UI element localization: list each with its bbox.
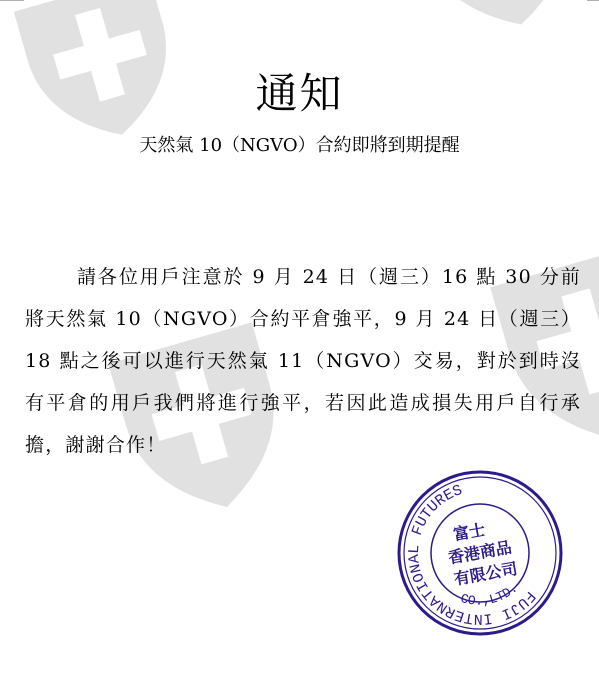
document-subtitle: 天然氣 10（NGVO）合約即將到期提醒 [0, 133, 599, 159]
page-corner-mark-left [0, 0, 24, 1]
document-title: 通知 [0, 66, 599, 122]
shield-cross-icon [412, 0, 582, 30]
page-corner-mark-right [587, 0, 599, 1]
seal-center-line-1: 富士 [452, 520, 487, 544]
company-seal: FUJI INTERNATIONAL FUTURES CO.,LTD. 富士 香… [397, 470, 563, 636]
notice-body: 請各位用戶注意於 9 月 24 日（週三）16 點 30 分前將天然氣 10（N… [25, 256, 581, 466]
